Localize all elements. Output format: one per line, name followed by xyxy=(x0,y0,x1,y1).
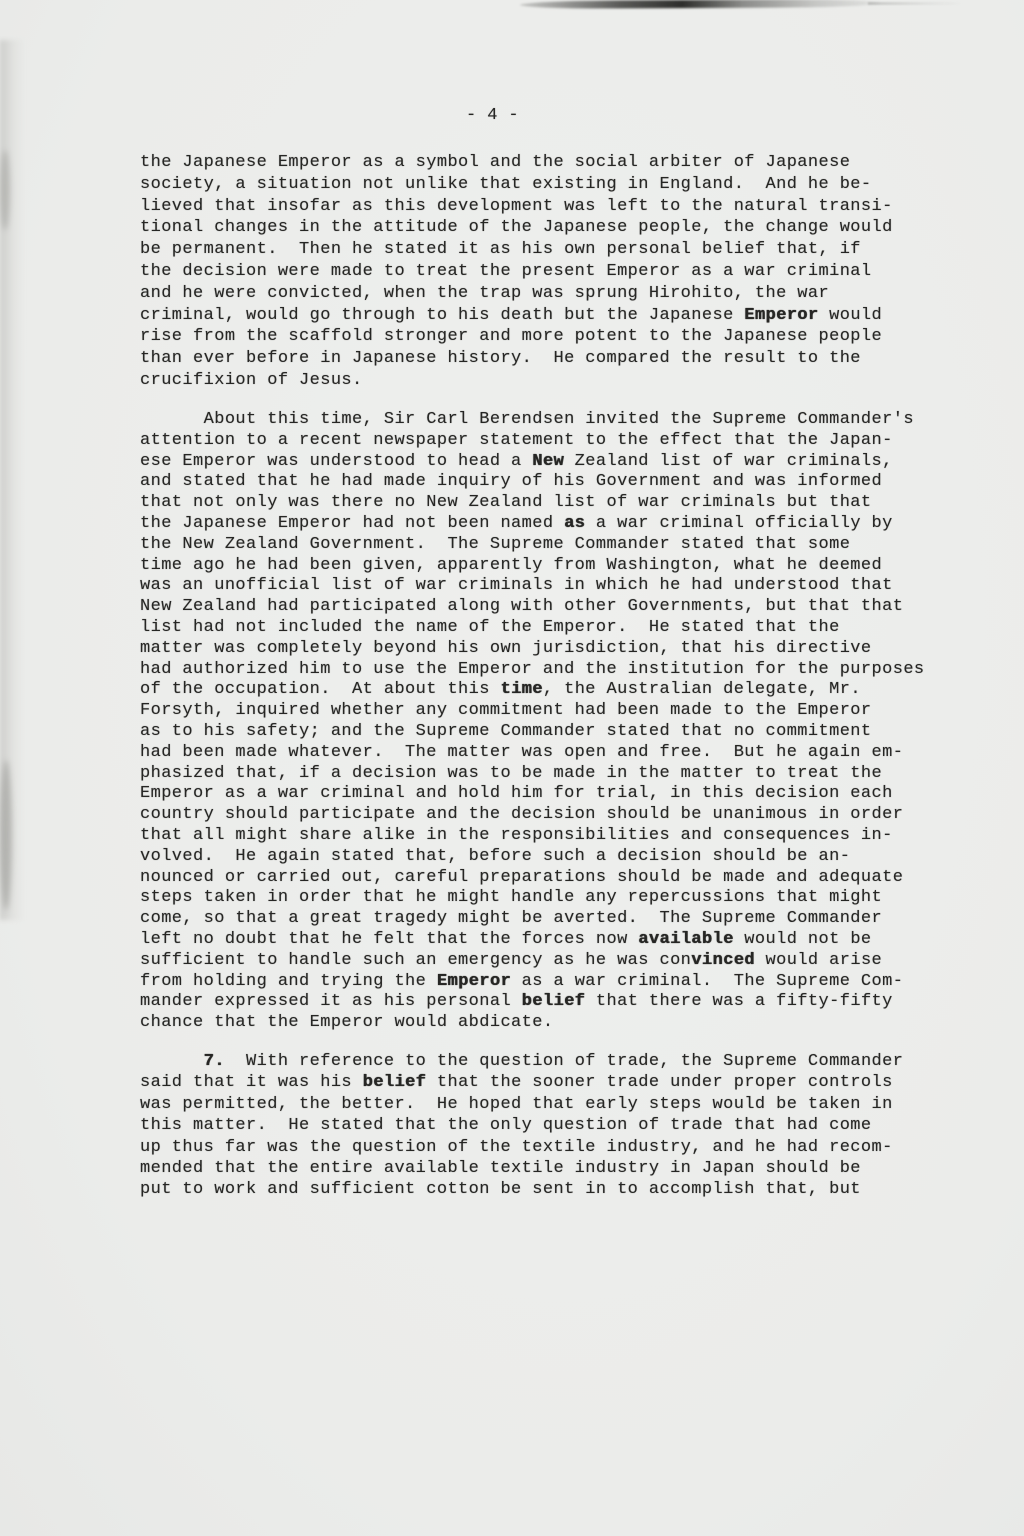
scan-smudge-artifact xyxy=(520,0,880,9)
body-paragraph-berendsen: About this time, Sir Carl Berendsen invi… xyxy=(140,410,925,1034)
body-paragraph-continuation: the Japanese Emperor as a symbol and the… xyxy=(140,152,893,392)
page-number: - 4 - xyxy=(0,106,985,125)
scan-smudge-tail-artifact xyxy=(868,2,963,5)
document-page: - 4 - the Japanese Emperor as a symbol a… xyxy=(0,0,1024,1536)
scan-edge-blob xyxy=(0,760,12,910)
body-paragraph-item-7-trade: 7. With reference to the question of tra… xyxy=(140,1051,903,1201)
scan-edge-blob xyxy=(0,150,10,230)
